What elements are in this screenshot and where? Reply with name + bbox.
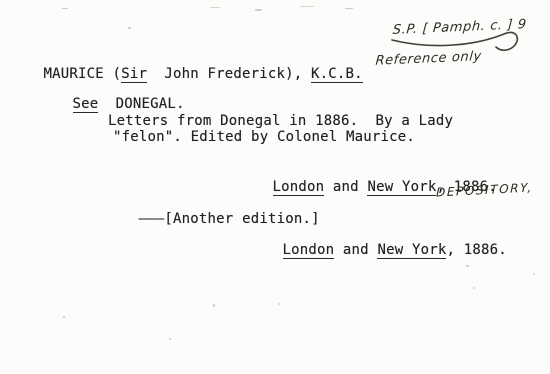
scan-speck [62, 8, 68, 9]
catalog-card: S.P. [ Pamph. c. ] 9 Reference only MAUR… [0, 0, 550, 374]
handwritten-shelfmark-note: S.P. [ Pamph. c. ] 9 Reference only [369, 1, 550, 99]
reference-only-text: Reference only [375, 46, 548, 69]
another-edition-text: [Another edition.] [164, 211, 319, 227]
scan-speck [213, 304, 215, 307]
scan-speck [300, 6, 314, 7]
imprint1-london-underlined: London [273, 179, 325, 196]
imprint2-and: and [334, 242, 377, 258]
scan-speck [473, 287, 475, 289]
title-line-1: Letters from Donegal in 1886. By a Lady [108, 113, 453, 129]
see-target: DONEGAL. [98, 96, 184, 112]
imprint2-london-underlined: London [283, 242, 335, 259]
title-line-2: "felon". Edited by Colonel Maurice. [113, 129, 415, 145]
scan-speck [128, 27, 131, 29]
shelfmark-text: S.P. [ Pamph. c. ] 9 [392, 17, 527, 38]
scan-speck [278, 303, 280, 305]
scan-speck [345, 8, 353, 9]
imprint2-newyork-underlined: New York [377, 242, 446, 259]
scan-speck [255, 9, 262, 11]
imprint-line-2: London and New York, 1886. [248, 226, 507, 275]
another-edition-dash: ——— [139, 211, 165, 227]
imprint2-year: , 1886. [446, 242, 506, 258]
imprint1-and: and [324, 179, 367, 195]
scan-speck [466, 265, 469, 267]
scan-speck [169, 338, 171, 340]
scan-speck [63, 316, 65, 318]
scan-speck [533, 273, 535, 275]
imprint1-newyork-underlined: New York [367, 179, 436, 196]
see-word-underlined: See [73, 96, 99, 113]
scan-speck [210, 7, 220, 8]
heading-kcb-underlined: K.C.B. [311, 66, 363, 83]
